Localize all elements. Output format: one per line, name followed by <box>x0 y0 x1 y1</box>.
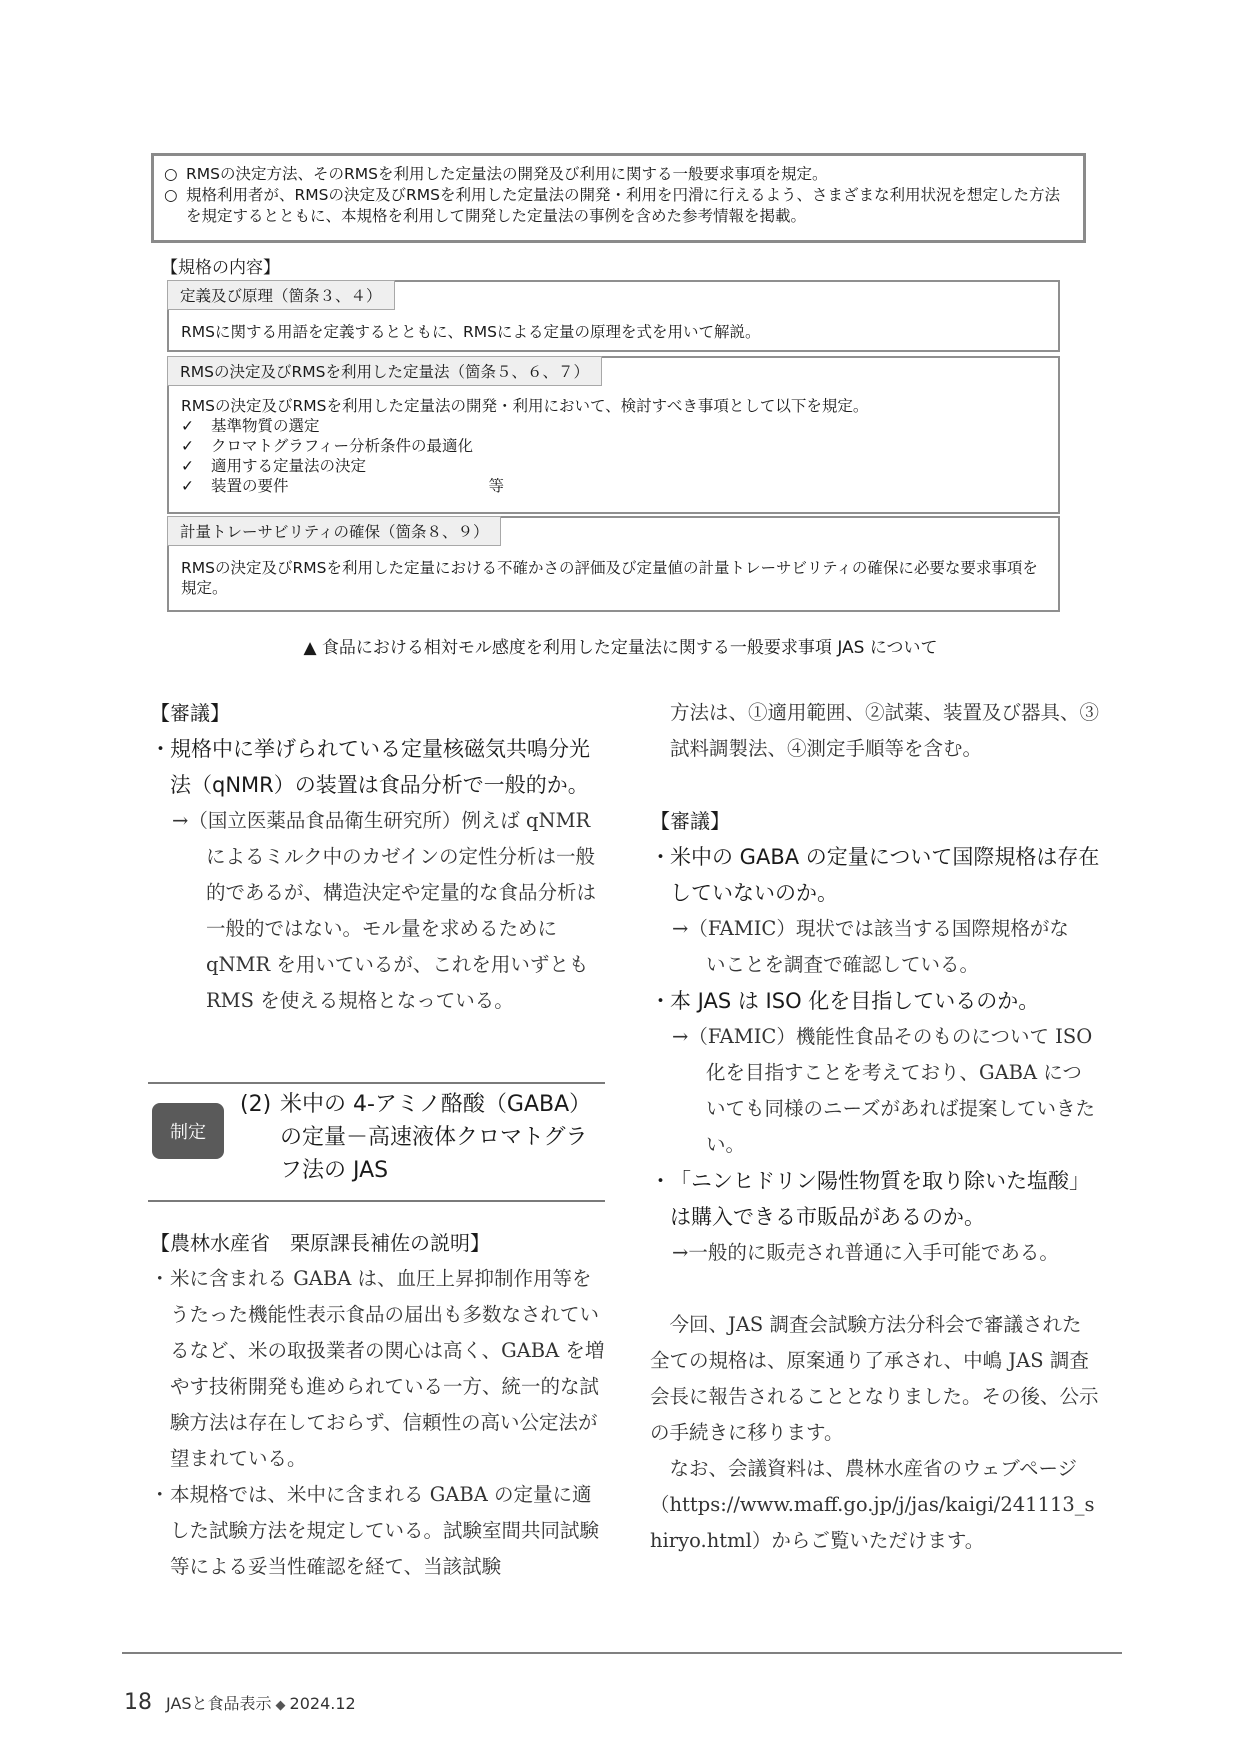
section-definitions: 定義及び原理（箇条３、４） RMSに関する用語を定義するとともに、RMSによる定… <box>167 280 1060 352</box>
question-text: 規格中に挙げられている定量核磁気共鳴分光法（qNMR）の装置は食品分析で一般的か… <box>170 731 610 803</box>
check-item-text: 適用する定量法の決定 <box>211 456 366 476</box>
list-item: ・ 米に含まれる GABA は、血圧上昇抑制作用等をうたった機能性表示食品の届出… <box>150 1261 610 1477</box>
checkmark-icon: ✓ <box>181 436 211 456</box>
issue-date: 2024.12 <box>290 1694 356 1713</box>
check-item: ✓ 基準物質の選定 <box>181 416 1048 436</box>
summary-item: ○ 規格利用者が、RMSの決定及びRMSを利用した定量法の開発・利用を円滑に行え… <box>164 185 1073 227</box>
bullet-icon: ・ <box>150 731 170 803</box>
section-body: RMSの決定及びRMSを利用した定量法の開発・利用において、検討すべき事項として… <box>181 396 1048 496</box>
answer: →（FAMIC）機能性食品そのものについて ISO 化を目指すことを考えており、… <box>650 1019 1100 1163</box>
closing-paragraph: なお、会議資料は、農林水産省のウェブページ（https://www.maff.g… <box>650 1451 1100 1559</box>
continuation-text: 方法は、①適用範囲、②試薬、装置及び器具、③試料調製法、④測定手順等を含む。 <box>650 695 1100 767</box>
explanation-heading: 【農林水産省 栗原課長補佐の説明】 <box>150 1225 610 1261</box>
page-footer: 18 JASと食品表示 ◆ 2024.12 <box>124 1690 356 1715</box>
section-body-text: RMSの決定及びRMSを利用した定量法の開発・利用において、検討すべき事項として… <box>181 396 1048 416</box>
check-item: ✓ クロマトグラフィー分析条件の最適化 <box>181 436 1048 456</box>
check-item-text: 装置の要件 <box>211 476 289 496</box>
deliberation-heading: 【審議】 <box>650 803 1100 839</box>
bullet-icon: ・ <box>150 1261 170 1477</box>
answer-text: によるミルク中のカゼインの定性分析は一般的であるが、構造決定や定量的な食品分析は… <box>172 839 610 1019</box>
question: ・ 規格中に挙げられている定量核磁気共鳴分光法（qNMR）の装置は食品分析で一般… <box>150 731 610 803</box>
closing-paragraph: 今回、JAS 調査会試験方法分科会で審議された全ての規格は、原案通り了承され、中… <box>650 1307 1100 1451</box>
bullet-icon: ・ <box>650 839 670 911</box>
section-top-rule <box>148 1082 605 1084</box>
section-title-text: 米中の 4-アミノ酪酸（GABA）の定量－高速液体クロマトグラフ法の JAS <box>240 1088 600 1187</box>
checkmark-icon: ✓ <box>181 476 211 496</box>
list-item: ・ 本規格では、米中に含まれる GABA の定量に適した試験方法を規定している。… <box>150 1477 610 1585</box>
section-number: (2) <box>240 1088 271 1121</box>
section-traceability: 計量トレーサビリティの確保（箇条８、９） RMSの決定及びRMSを利用した定量に… <box>167 516 1060 612</box>
check-item-text: クロマトグラフィー分析条件の最適化 <box>211 436 473 456</box>
right-column: 方法は、①適用範囲、②試薬、装置及び器具、③試料調製法、④測定手順等を含む。 【… <box>650 695 1100 1559</box>
publication-name: JASと食品表示 <box>166 1691 272 1714</box>
summary-text: RMSの決定方法、そのRMSを利用した定量法の開発及び利用に関する一般要求事項を… <box>186 164 827 185</box>
bullet-icon: ・ <box>650 983 670 1019</box>
checkmark-icon: ✓ <box>181 456 211 476</box>
left-column: 【審議】 ・ 規格中に挙げられている定量核磁気共鳴分光法（qNMR）の装置は食品… <box>150 695 610 1019</box>
diamond-icon: ◆ <box>276 1698 286 1713</box>
contents-label: 【規格の内容】 <box>161 253 280 278</box>
answer-first-line: →（FAMIC）現状では該当する国際規格がな <box>672 911 1100 947</box>
section-title: (2) 米中の 4-アミノ酪酸（GABA）の定量－高速液体クロマトグラフ法の J… <box>240 1088 600 1187</box>
answer: →（FAMIC）現状では該当する国際規格がな いことを調査で確認している。 <box>650 911 1100 983</box>
figure-caption: ▲ 食品における相対モル感度を利用した定量法に関する一般要求事項 JAS につい… <box>0 633 1241 658</box>
section-body: RMSに関する用語を定義するとともに、RMSによる定量の原理を式を用いて解説。 <box>181 322 1048 342</box>
answer-text: 化を目指すことを考えており、GABA についても同様のニーズがあれば提案していき… <box>672 1055 1100 1163</box>
question-text: 本 JAS は ISO 化を目指しているのか。 <box>670 983 1039 1019</box>
circle-bullet-icon: ○ <box>164 185 186 227</box>
section-tab: 定義及び原理（箇条３、４） <box>167 280 395 310</box>
section-tab: RMSの決定及びRMSを利用した定量法（箇条５、６、７） <box>167 356 602 386</box>
enactment-badge: 制定 <box>152 1103 224 1159</box>
check-item: ✓ 装置の要件 等 <box>181 476 1048 496</box>
etc-suffix: 等 <box>489 476 505 496</box>
section-rms-method: RMSの決定及びRMSを利用した定量法（箇条５、６、７） RMSの決定及びRMS… <box>167 356 1060 514</box>
question: ・ 米中の GABA の定量について国際規格は存在していないのか。 <box>650 839 1100 911</box>
question-text: 米中の GABA の定量について国際規格は存在していないのか。 <box>670 839 1100 911</box>
checkmark-icon: ✓ <box>181 416 211 436</box>
summary-item: ○ RMSの決定方法、そのRMSを利用した定量法の開発及び利用に関する一般要求事… <box>164 164 1073 185</box>
summary-text: 規格利用者が、RMSの決定及びRMSを利用した定量法の開発・利用を円滑に行えるよ… <box>186 185 1073 227</box>
check-item-text: 基準物質の選定 <box>211 416 320 436</box>
left-column-lower: 【農林水産省 栗原課長補佐の説明】 ・ 米に含まれる GABA は、血圧上昇抑制… <box>150 1225 610 1585</box>
section-body: RMSの決定及びRMSを利用した定量における不確かさの評価及び定量値の計量トレー… <box>181 558 1048 598</box>
answer-first-line: →（FAMIC）機能性食品そのものについて ISO <box>672 1019 1100 1055</box>
deliberation-heading: 【審議】 <box>150 695 610 731</box>
list-item-text: 本規格では、米中に含まれる GABA の定量に適した試験方法を規定している。試験… <box>170 1477 610 1585</box>
section-tab: 計量トレーサビリティの確保（箇条８、９） <box>167 516 501 546</box>
question: ・ 「ニンヒドリン陽性物質を取り除いた塩酸」は購入できる市販品があるのか。 <box>650 1163 1100 1235</box>
answer-first-line: →一般的に販売され普通に入手可能である。 <box>672 1235 1100 1271</box>
question: ・ 本 JAS は ISO 化を目指しているのか。 <box>650 983 1100 1019</box>
answer: →一般的に販売され普通に入手可能である。 <box>650 1235 1100 1271</box>
check-item: ✓ 適用する定量法の決定 <box>181 456 1048 476</box>
question-text: 「ニンヒドリン陽性物質を取り除いた塩酸」は購入できる市販品があるのか。 <box>670 1163 1100 1235</box>
answer-first-line: →（国立医薬品食品衛生研究所）例えば qNMR <box>172 803 610 839</box>
circle-bullet-icon: ○ <box>164 164 186 185</box>
answer-text: いことを調査で確認している。 <box>672 947 1100 983</box>
footer-rule <box>122 1652 1122 1654</box>
list-item-text: 米に含まれる GABA は、血圧上昇抑制作用等をうたった機能性表示食品の届出も多… <box>170 1261 610 1477</box>
bullet-icon: ・ <box>150 1477 170 1585</box>
section-bottom-rule <box>148 1200 605 1202</box>
page-number: 18 <box>124 1690 152 1715</box>
summary-box: ○ RMSの決定方法、そのRMSを利用した定量法の開発及び利用に関する一般要求事… <box>151 153 1086 243</box>
bullet-icon: ・ <box>650 1163 670 1235</box>
answer: →（国立医薬品食品衛生研究所）例えば qNMR によるミルク中のカゼインの定性分… <box>150 803 610 1019</box>
